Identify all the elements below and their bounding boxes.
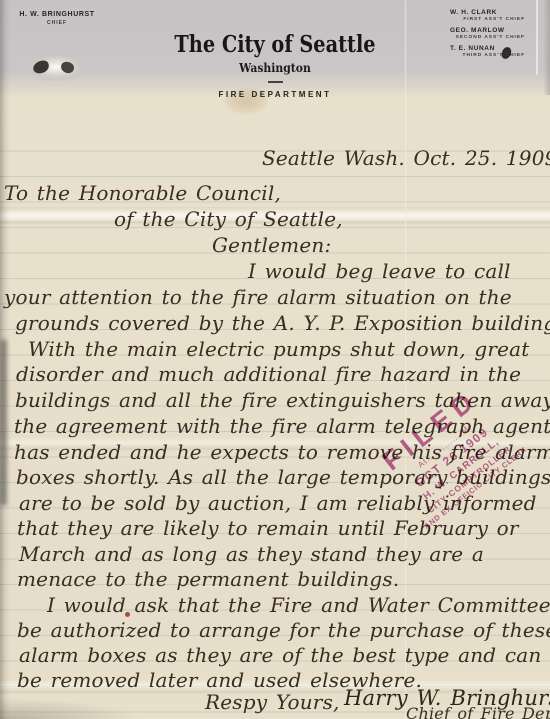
official-title: SECOND ASS'T CHIEF xyxy=(450,35,525,40)
assistant-chiefs-list: W. H. CLARK FIRST ASS'T CHIEF GEO. MARLO… xyxy=(450,9,525,63)
official-title: THIRD ASS'T CHIEF xyxy=(450,53,525,58)
official-name: T. E. NUNAN xyxy=(450,45,525,52)
letter-line: With the main electric pumps shut down, … xyxy=(28,337,530,361)
letter-line: To the Honorable Council, xyxy=(4,181,281,205)
scan-edge-shadow xyxy=(0,340,7,505)
letter-line: your attention to the fire alarm situati… xyxy=(4,285,512,309)
letter-line: I would beg leave to call xyxy=(248,259,511,283)
letter-line: I would ask that the Fire and Water Comm… xyxy=(47,593,550,617)
dateline: Seattle Wash. Oct. 25. 1909 xyxy=(262,146,550,170)
closing-respectfully: Respy Yours, xyxy=(205,690,340,714)
letter-line: be authorized to arrange for the purchas… xyxy=(17,618,550,642)
official-third-asst: T. E. NUNAN THIRD ASS'T CHIEF xyxy=(450,45,525,58)
letter-line: menace to the permanent buildings. xyxy=(17,567,399,591)
paper-damage-hole xyxy=(28,53,84,81)
official-title: FIRST ASS'T CHIEF xyxy=(450,17,525,22)
official-chief: H. W. BRINGHURST CHIEF xyxy=(16,11,98,26)
masthead: The City of Seattle Washington FIRE DEPA… xyxy=(155,31,395,99)
chief-name: H. W. BRINGHURST xyxy=(16,11,98,18)
official-name: W. H. CLARK xyxy=(450,9,525,16)
state-name: Washington xyxy=(167,61,383,75)
letter-line: Gentlemen: xyxy=(212,233,331,257)
scan-edge-shadow xyxy=(543,0,550,95)
scanned-letter-page: H. W. BRINGHURST CHIEF The City of Seatt… xyxy=(0,0,550,719)
signature-title: Chief of Fire Dept. xyxy=(406,704,550,719)
masthead-divider xyxy=(268,81,283,83)
official-name: GEO. MARLOW xyxy=(450,27,525,34)
official-first-asst: W. H. CLARK FIRST ASS'T CHIEF xyxy=(450,9,525,22)
letter-line: of the City of Seattle, xyxy=(114,207,343,231)
city-title: The City of Seattle xyxy=(174,31,376,58)
department-name: FIRE DEPARTMENT xyxy=(155,90,395,99)
letter-line: alarm boxes as they are of the best type… xyxy=(19,643,541,667)
corner-shadow xyxy=(0,698,140,719)
letter-line: grounds covered by the A. Y. P. Expositi… xyxy=(15,311,550,335)
official-second-asst: GEO. MARLOW SECOND ASS'T CHIEF xyxy=(450,27,525,40)
paper-edge-highlight xyxy=(536,0,538,75)
chief-title: CHIEF xyxy=(16,20,98,26)
